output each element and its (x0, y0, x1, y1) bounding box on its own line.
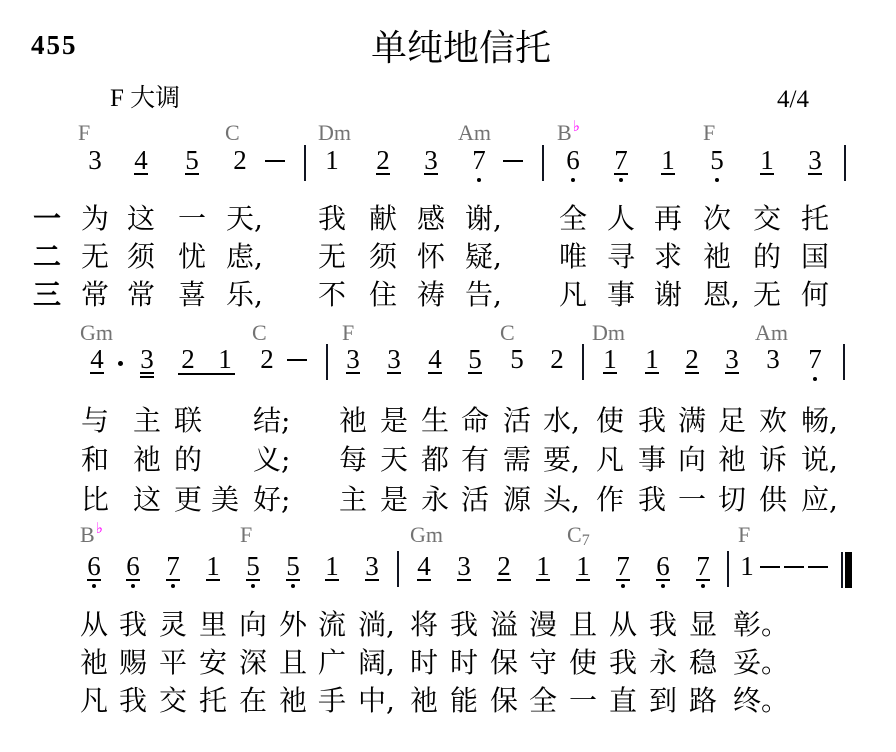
lyric-syllable: 是 (380, 402, 408, 440)
note-digit: 3 (766, 346, 780, 373)
lyric-syllable: 平 (159, 644, 187, 682)
lyric-syllable: 感 (417, 200, 445, 238)
chord-root: C (567, 522, 582, 547)
note: 5 (507, 346, 527, 373)
lower-octave-dot (701, 584, 705, 588)
note: 1 (203, 553, 223, 580)
note: 6 (563, 147, 583, 174)
lyric-syllable: 都 (421, 441, 449, 479)
underline (497, 579, 511, 581)
lyric-syllable: 淌, (358, 606, 395, 644)
lyric-syllable: 源 (503, 481, 531, 519)
note-digit: 4 (417, 553, 431, 580)
lyric-syllable: 向 (239, 606, 267, 644)
note-digit: 2 (685, 346, 699, 373)
chord-symbol: Am (458, 122, 491, 144)
lower-octave-dot (661, 584, 665, 588)
underline (286, 579, 300, 581)
lower-octave-dot (621, 584, 625, 588)
underline (536, 579, 550, 581)
lyric-syllable: 漫 (529, 606, 557, 644)
chord-symbol: C (500, 322, 515, 344)
sustain-dash: – (760, 566, 780, 568)
lyric-syllable: 的 (753, 238, 781, 276)
lyric-syllable: 彰。 (733, 606, 789, 644)
lyric-syllable: 从 (80, 606, 108, 644)
lyric-syllable: 且 (569, 606, 597, 644)
note-digit: 6 (566, 147, 580, 174)
chord-root: F (703, 120, 715, 145)
note: 2 (178, 346, 198, 373)
note-digit: 1 (645, 346, 659, 373)
note-digit: 5 (246, 553, 260, 580)
lyric-syllable: 我 (119, 606, 147, 644)
underline (457, 579, 471, 581)
lyric-syllable: 谢, (465, 200, 502, 238)
sustain-dash: – (265, 160, 285, 162)
note-digit: 2 (376, 147, 390, 174)
note: 4 (425, 346, 445, 373)
lyric-syllable: 活 (461, 481, 489, 519)
key-signature: F 大调 (110, 86, 180, 111)
chord-symbol: Am (755, 322, 788, 344)
note: 4 (131, 147, 151, 174)
note-digit: 3 (424, 147, 438, 174)
lyric-syllable: 的 (174, 441, 202, 479)
lower-octave-dot (131, 584, 135, 588)
lyric-line: 祂赐平安深且广阔,时时保守使我永稳妥。 (0, 644, 896, 682)
underline (661, 173, 675, 175)
chord-root: F (78, 120, 90, 145)
lyric-syllable: 我 (318, 200, 346, 238)
chord-symbol: Gm (80, 322, 113, 344)
lyric-syllable: 凡 (559, 276, 587, 314)
note: 3 (805, 147, 825, 174)
note: 2 (257, 346, 277, 373)
note-digit: 1 (206, 553, 220, 580)
lyric-syllable: 永 (649, 644, 677, 682)
lyric-syllable: 诉 (759, 441, 787, 479)
note: 4 (414, 553, 434, 580)
chord-symbol: C (252, 322, 267, 344)
note-digit: 1 (325, 553, 339, 580)
lyric-syllable: 应, (801, 481, 838, 519)
bar-line (397, 551, 399, 587)
note: 7 (611, 147, 631, 174)
lyric-syllable: 主 (133, 402, 161, 440)
underline (576, 579, 590, 581)
note: 1 (600, 346, 620, 373)
bar-line (727, 551, 729, 587)
underline (725, 372, 739, 374)
underline (614, 173, 628, 175)
lyric-syllable: 中, (358, 682, 395, 720)
underline (645, 372, 659, 374)
lyric-syllable: 无 (753, 276, 781, 314)
bar-line (326, 344, 328, 380)
lyric-syllable: 祂 (133, 441, 161, 479)
note: 2 (682, 346, 702, 373)
lyric-syllable: 赐 (119, 644, 147, 682)
lyric-syllable: 使 (569, 644, 597, 682)
underline (365, 579, 379, 581)
lyric-syllable: 疑, (465, 238, 502, 276)
note-digit: 6 (126, 553, 140, 580)
lyric-syllable: 事 (638, 441, 666, 479)
lyric-syllable: 作 (596, 481, 624, 519)
underline (468, 372, 482, 374)
note-digit: 5 (468, 346, 482, 373)
lyric-syllable: 一 (678, 481, 706, 519)
note-digit: 3 (346, 346, 360, 373)
lyric-syllable: 全 (529, 682, 557, 720)
lyric-syllable: 乐, (226, 276, 263, 314)
lyric-syllable: 这 (127, 200, 155, 238)
note: 7 (469, 147, 489, 174)
lyric-syllable: 忧 (178, 238, 206, 276)
lower-octave-dot (92, 584, 96, 588)
lyric-syllable: 妥。 (733, 644, 789, 682)
chord-symbol: B♭ (557, 122, 580, 144)
lyric-syllable: 全 (559, 200, 587, 238)
chord-symbol: B♭ (80, 524, 103, 546)
lyric-syllable: 献 (369, 200, 397, 238)
lyric-syllable: 欢 (759, 402, 787, 440)
note-digit: 1 (603, 346, 617, 373)
chord-root: C (225, 120, 240, 145)
lower-octave-dot (291, 584, 295, 588)
lyric-syllable: 不 (318, 276, 346, 314)
note: 2 (547, 346, 567, 373)
note: 3 (763, 346, 783, 373)
note: 3 (454, 553, 474, 580)
lyric-syllable: 须 (127, 238, 155, 276)
lyric-syllable: 灵 (159, 606, 187, 644)
lyric-syllable: 人 (607, 200, 635, 238)
lyric-syllable: 更 (174, 481, 202, 519)
lyric-syllable: 保 (490, 644, 518, 682)
note: 1 (642, 346, 662, 373)
lyric-syllable: 告, (465, 276, 502, 314)
note: 5 (707, 147, 727, 174)
note-digit: 1 (325, 147, 339, 174)
lyric-syllable: 祂 (339, 402, 367, 440)
note-digit: 5 (710, 147, 724, 174)
note-digit: 2 (550, 346, 564, 373)
note-digit: 3 (387, 346, 401, 373)
lyric-line: 比这更美好;主是永活源头,作我一切供应, (0, 481, 896, 519)
lyric-syllable: 我 (638, 481, 666, 519)
lyric-syllable: 我 (119, 682, 147, 720)
bar-line (542, 145, 544, 181)
underline (185, 173, 199, 175)
lyric-syllable: 阔, (358, 644, 395, 682)
lyric-syllable: 安 (199, 644, 227, 682)
lyric-syllable: 祂 (703, 238, 731, 276)
lyric-syllable: 住 (369, 276, 397, 314)
bar-line (844, 145, 846, 181)
chord-symbol: F (78, 122, 90, 144)
note: 5 (465, 346, 485, 373)
note-digit: 3 (365, 553, 379, 580)
underline (346, 372, 360, 374)
lyric-syllable: 求 (654, 238, 682, 276)
underline (140, 376, 154, 378)
note-digit: 4 (134, 147, 148, 174)
lyric-syllable: 祂 (80, 644, 108, 682)
beam-underline (178, 373, 235, 375)
lyric-syllable: 供 (759, 481, 787, 519)
underline (417, 579, 431, 581)
augmentation-dot: · (118, 361, 123, 366)
underline (616, 579, 630, 581)
note-digit: 7 (166, 553, 180, 580)
lyric-line: 从我灵里向外流淌,将我溢漫且从我显彰。 (0, 606, 896, 644)
note-digit: 4 (428, 346, 442, 373)
chord-symbol: Dm (592, 322, 625, 344)
lower-octave-dot (171, 584, 175, 588)
note: 7 (693, 553, 713, 580)
lyric-syllable: 好; (253, 481, 290, 519)
note-digit: 4 (90, 346, 104, 373)
underline (325, 579, 339, 581)
underline (126, 579, 140, 581)
final-bar-line (841, 552, 853, 588)
note-digit: 1 (661, 147, 675, 174)
lyric-syllable: 要, (543, 441, 580, 479)
verse-number: 三 (33, 276, 61, 314)
lyric-syllable: 命 (461, 402, 489, 440)
note: 2 (230, 147, 250, 174)
lyric-syllable: 能 (450, 682, 478, 720)
chord-root: B (80, 522, 95, 547)
lyric-syllable: 常 (127, 276, 155, 314)
verse-number: 二 (33, 238, 61, 276)
lyric-syllable: 唯 (559, 238, 587, 276)
lyric-syllable: 我 (649, 606, 677, 644)
chord-symbol: F (240, 524, 252, 546)
note-digit: 1 (576, 553, 590, 580)
lyric-syllable: 再 (654, 200, 682, 238)
chord-symbol: Gm (410, 524, 443, 546)
lyric-syllable: 到 (649, 682, 677, 720)
chord-root: Gm (410, 522, 443, 547)
note-digit: 3 (725, 346, 739, 373)
lyric-line: 二无须忧虑,无须怀疑,唯寻求祂的国 (0, 238, 896, 276)
lyric-syllable: 一 (178, 200, 206, 238)
time-signature: 4/4 (777, 87, 809, 112)
note: 2 (373, 147, 393, 174)
sustain-dash: – (287, 359, 307, 361)
lyric-syllable: 交 (159, 682, 187, 720)
note: 3 (137, 346, 157, 373)
verse-number: 一 (33, 200, 61, 238)
lyric-syllable: 满 (678, 402, 706, 440)
underline (656, 579, 670, 581)
lyric-line: 和祂的义;每天都有需要,凡事向祂诉说, (0, 441, 896, 479)
lyric-syllable: 祂 (410, 682, 438, 720)
lyric-syllable: 祷 (417, 276, 445, 314)
lyric-syllable: 我 (450, 606, 478, 644)
note-digit: 7 (616, 553, 630, 580)
lyric-syllable: 为 (81, 200, 109, 238)
hymn-title: 单纯地信托 (0, 29, 896, 69)
bar-line (843, 344, 845, 380)
note: 1 (757, 147, 777, 174)
lyric-syllable: 一 (569, 682, 597, 720)
note: 6 (653, 553, 673, 580)
lyric-syllable: 畅, (801, 402, 838, 440)
note: 1 (322, 553, 342, 580)
note: 3 (85, 147, 105, 174)
lyric-line: 一为这一天,我献感谢,全人再次交托 (0, 200, 896, 238)
lyric-syllable: 有 (461, 441, 489, 479)
lyric-syllable: 国 (801, 238, 829, 276)
sustain-dash: – (784, 566, 804, 568)
lower-octave-dot (251, 584, 255, 588)
lyric-syllable: 主 (339, 481, 367, 519)
note: 1 (658, 147, 678, 174)
underline (134, 173, 148, 175)
lyric-syllable: 凡 (596, 441, 624, 479)
bar-line (582, 344, 584, 380)
note-digit: 2 (181, 346, 195, 373)
lyric-syllable: 流 (318, 606, 346, 644)
lyric-syllable: 天, (226, 200, 263, 238)
lyric-syllable: 活 (503, 402, 531, 440)
lyric-syllable: 从 (609, 606, 637, 644)
lyric-syllable: 我 (609, 644, 637, 682)
sustain-dash: – (808, 566, 828, 568)
lyric-syllable: 喜 (178, 276, 206, 314)
underline (166, 579, 180, 581)
lyric-syllable: 何 (801, 276, 829, 314)
lyric-syllable: 交 (753, 200, 781, 238)
note-digit: 6 (87, 553, 101, 580)
note-digit: 1 (740, 553, 754, 580)
note-digit: 3 (457, 553, 471, 580)
underline (206, 579, 220, 581)
lyric-syllable: 无 (81, 238, 109, 276)
lyric-syllable: 美 (211, 481, 239, 519)
lyric-syllable: 永 (421, 481, 449, 519)
chord-symbol: Dm (318, 122, 351, 144)
chord-root: F (738, 522, 750, 547)
lyric-syllable: 祂 (718, 441, 746, 479)
lyric-syllable: 联 (174, 402, 202, 440)
note-digit: 2 (260, 346, 274, 373)
lyric-syllable: 手 (318, 682, 346, 720)
note-digit: 2 (497, 553, 511, 580)
chord-root: Dm (318, 120, 351, 145)
underline (696, 579, 710, 581)
lyric-syllable: 终。 (733, 682, 789, 720)
note-digit: 5 (185, 147, 199, 174)
chord-symbol: C7 (567, 524, 590, 549)
sustain-dash: – (503, 160, 523, 162)
note: 5 (243, 553, 263, 580)
note: 1 (215, 346, 235, 373)
note: 5 (182, 147, 202, 174)
lyric-syllable: 显 (689, 606, 717, 644)
lyric-line: 凡我交托在祂手中,祂能保全一直到路终。 (0, 682, 896, 720)
note: 7 (163, 553, 183, 580)
note-digit: 3 (88, 147, 102, 174)
lyric-syllable: 时 (410, 644, 438, 682)
lower-octave-dot (571, 178, 575, 182)
lyric-syllable: 头, (543, 481, 580, 519)
lyric-syllable: 托 (801, 200, 829, 238)
lyric-syllable: 虑, (226, 238, 263, 276)
lower-octave-dot (477, 178, 481, 182)
note: 1 (322, 147, 342, 174)
lyric-syllable: 需 (503, 441, 531, 479)
note: 1 (533, 553, 553, 580)
underline (808, 173, 822, 175)
note-digit: 6 (656, 553, 670, 580)
hymn-sheet: 455 单纯地信托 F 大调 4/4 FCDmAmB♭F3452–1237–67… (0, 0, 896, 752)
note-digit: 3 (140, 346, 154, 373)
chord-symbol: F (738, 524, 750, 546)
lyric-syllable: 祂 (279, 682, 307, 720)
lyric-syllable: 恩, (703, 276, 740, 314)
note-digit: 1 (218, 346, 232, 373)
note: 7 (613, 553, 633, 580)
chord-root: C (500, 320, 515, 345)
chord-root: F (342, 320, 354, 345)
underline (140, 372, 154, 374)
chord-root: Dm (592, 320, 625, 345)
lyric-syllable: 使 (596, 402, 624, 440)
note: 5 (283, 553, 303, 580)
chord-root: Am (755, 320, 788, 345)
note: 2 (494, 553, 514, 580)
lyric-syllable: 凡 (80, 682, 108, 720)
lyric-syllable: 与 (81, 402, 109, 440)
lyric-syllable: 水, (543, 402, 580, 440)
note-digit: 5 (286, 553, 300, 580)
lyric-syllable: 里 (199, 606, 227, 644)
lyric-syllable: 常 (81, 276, 109, 314)
note: 6 (84, 553, 104, 580)
bar-line (304, 145, 306, 181)
note-digit: 1 (536, 553, 550, 580)
lower-octave-dot (813, 377, 817, 381)
lyric-syllable: 托 (199, 682, 227, 720)
note-digit: 5 (510, 346, 524, 373)
lyric-line: 三常常喜乐,不住祷告,凡事谢恩,无何 (0, 276, 896, 314)
lyric-syllable: 直 (609, 682, 637, 720)
lyric-syllable: 无 (318, 238, 346, 276)
lyric-syllable: 事 (607, 276, 635, 314)
note: 3 (722, 346, 742, 373)
lyric-syllable: 切 (718, 481, 746, 519)
underline (428, 372, 442, 374)
underline (376, 173, 390, 175)
underline (246, 579, 260, 581)
lyric-syllable: 是 (380, 481, 408, 519)
chord-root: Am (458, 120, 491, 145)
lyric-syllable: 在 (239, 682, 267, 720)
lower-octave-dot (715, 178, 719, 182)
chord-root: Gm (80, 320, 113, 345)
lyric-syllable: 天 (380, 441, 408, 479)
lyric-syllable: 且 (279, 644, 307, 682)
note-digit: 7 (614, 147, 628, 174)
lyric-syllable: 广 (318, 644, 346, 682)
lyric-syllable: 深 (239, 644, 267, 682)
underline (87, 579, 101, 581)
